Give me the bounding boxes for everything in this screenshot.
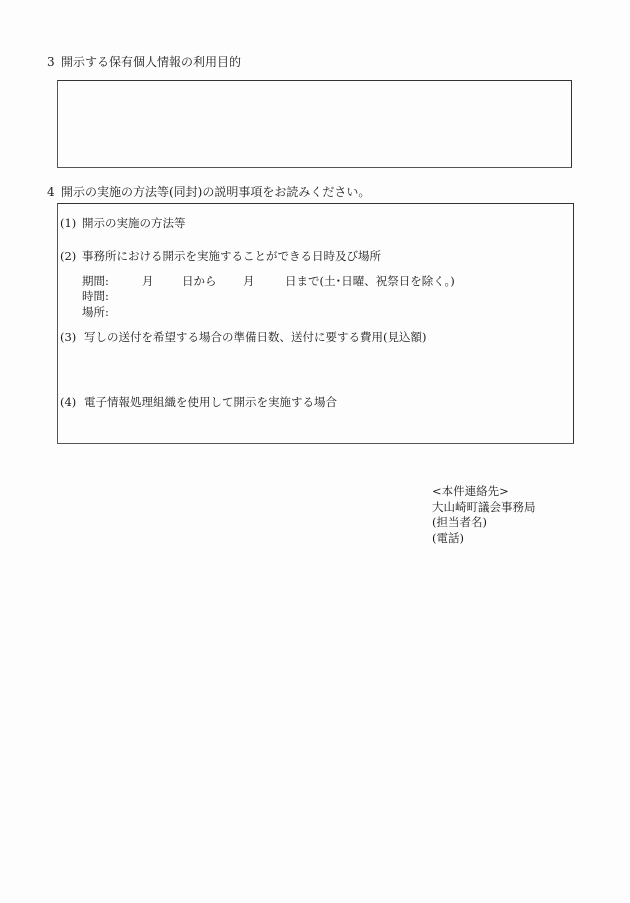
contact-phone: (電話) (432, 531, 464, 545)
item-4-text: 電子情報処理組織を使用して開示を実施する場合 (84, 395, 337, 409)
item-2-text: 事務所における開示を実施することができる日時及び場所 (82, 249, 381, 263)
section-4-number: 4 (47, 185, 55, 199)
period-month-from: 月 (142, 274, 154, 288)
section-3-title: 開示する保有個人情報の利用目的 (61, 55, 241, 69)
item-3-label: (3) (60, 330, 76, 344)
period-month-until: 月 (243, 274, 255, 288)
item-1-label: (1) (60, 216, 76, 230)
time-label: 時間: (82, 289, 109, 303)
period-label: 期間: (82, 274, 109, 288)
period-day-until: 日まで(土･日曜、祝祭日を除く。) (285, 274, 455, 288)
contact-person: (担当者名) (432, 515, 487, 529)
section-3-number: 3 (47, 55, 55, 69)
contact-heading: <本件連絡先> (432, 484, 509, 498)
period-day-from: 日から (182, 274, 217, 288)
purpose-of-use-field[interactable] (57, 80, 572, 168)
section-4-title: 開示の実施の方法等(同封)の説明事項をお読みください。 (61, 185, 370, 199)
item-3-text: 写しの送付を希望する場合の準備日数、送付に要する費用(見込額) (84, 330, 426, 344)
contact-office: 大山崎町議会事務局 (432, 500, 536, 514)
item-2-label: (2) (60, 249, 76, 263)
place-label: 場所: (82, 305, 109, 319)
item-1-text: 開示の実施の方法等 (82, 216, 186, 230)
item-4-label: (4) (60, 395, 76, 409)
